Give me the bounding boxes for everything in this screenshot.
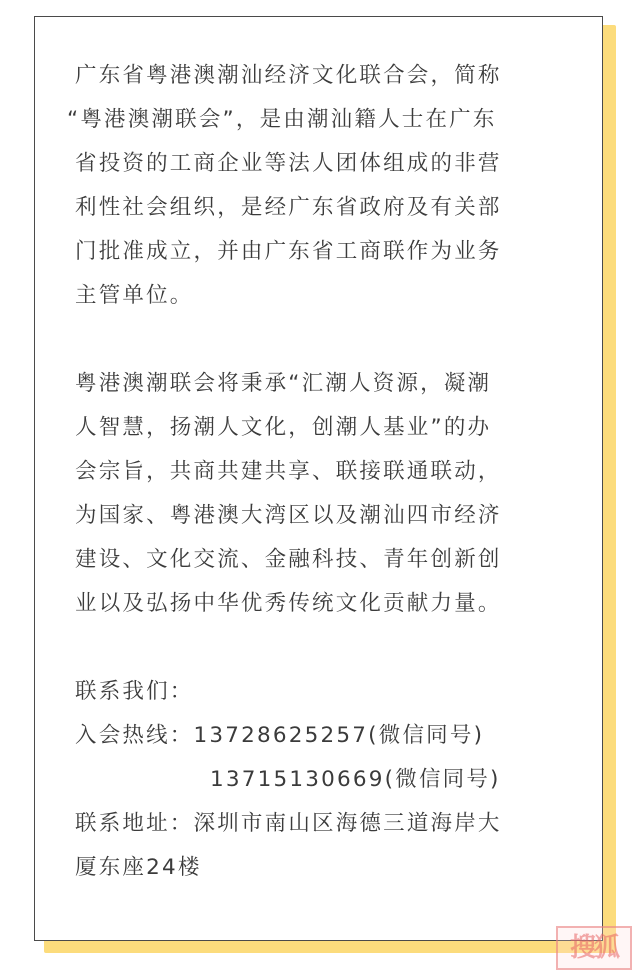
intro-line: 利性社会组织，是经广东省政府及有关部 [75, 186, 575, 230]
intro-line: 广东省粤港澳潮汕经济文化联合会，简称 [75, 54, 575, 98]
hotline-number-1[interactable]: 13728625257(微信同号) [194, 723, 485, 748]
mission-line: 人智慧，扬潮人文化，创潮人基业”的办 [75, 406, 575, 450]
sohu-watermark-logo: 搜狐 [556, 926, 632, 970]
hotline-number-2[interactable]: 13715130669(微信同号) [75, 758, 575, 802]
mission-paragraph: 粤港澳潮联会将秉承“汇潮人资源，凝潮 人智慧，扬潮人文化，创潮人基业”的办 会宗… [75, 362, 575, 626]
mission-line: 粤港澳潮联会将秉承“汇潮人资源，凝潮 [75, 362, 575, 406]
paragraph-gap [75, 318, 575, 362]
info-card: 广东省粤港澳潮汕经济文化联合会，简称 “粤港澳潮联会”，是由潮汕籍人士在广东 省… [34, 16, 603, 941]
address-text: 深圳市南山区海德三道海岸大 [194, 811, 502, 836]
mission-line: 建设、文化交流、金融科技、青年创新创 [75, 538, 575, 582]
hotline-row: 入会热线：13728625257(微信同号) [75, 714, 575, 758]
address-continuation: 厦东座24楼 [75, 846, 575, 890]
address-label: 联系地址： [75, 811, 194, 836]
paragraph-gap [75, 626, 575, 670]
card-content: 广东省粤港澳潮汕经济文化联合会，简称 “粤港澳潮联会”，是由潮汕籍人士在广东 省… [75, 54, 575, 890]
intro-paragraph: 广东省粤港澳潮汕经济文化联合会，简称 “粤港澳潮联会”，是由潮汕籍人士在广东 省… [75, 54, 575, 318]
mission-line: 为国家、粤港澳大湾区以及潮汕四市经济 [75, 494, 575, 538]
intro-line: 主管单位。 [75, 274, 575, 318]
contact-heading: 联系我们： [75, 670, 575, 714]
intro-line: “粤港澳潮联会”，是由潮汕籍人士在广东 [67, 98, 575, 142]
mission-line: 会宗旨，共商共建共享、联接联通联动， [75, 450, 575, 494]
intro-line: 省投资的工商企业等法人团体组成的非营 [75, 142, 575, 186]
address-row: 联系地址：深圳市南山区海德三道海岸大 [75, 802, 575, 846]
mission-line: 业以及弘扬中华优秀传统文化贡献力量。 [75, 582, 575, 626]
intro-line: 门批准成立，并由广东省工商联作为业务 [75, 230, 575, 274]
hotline-label: 入会热线： [75, 723, 194, 748]
contact-section: 联系我们： 入会热线：13728625257(微信同号) 13715130669… [75, 670, 575, 890]
